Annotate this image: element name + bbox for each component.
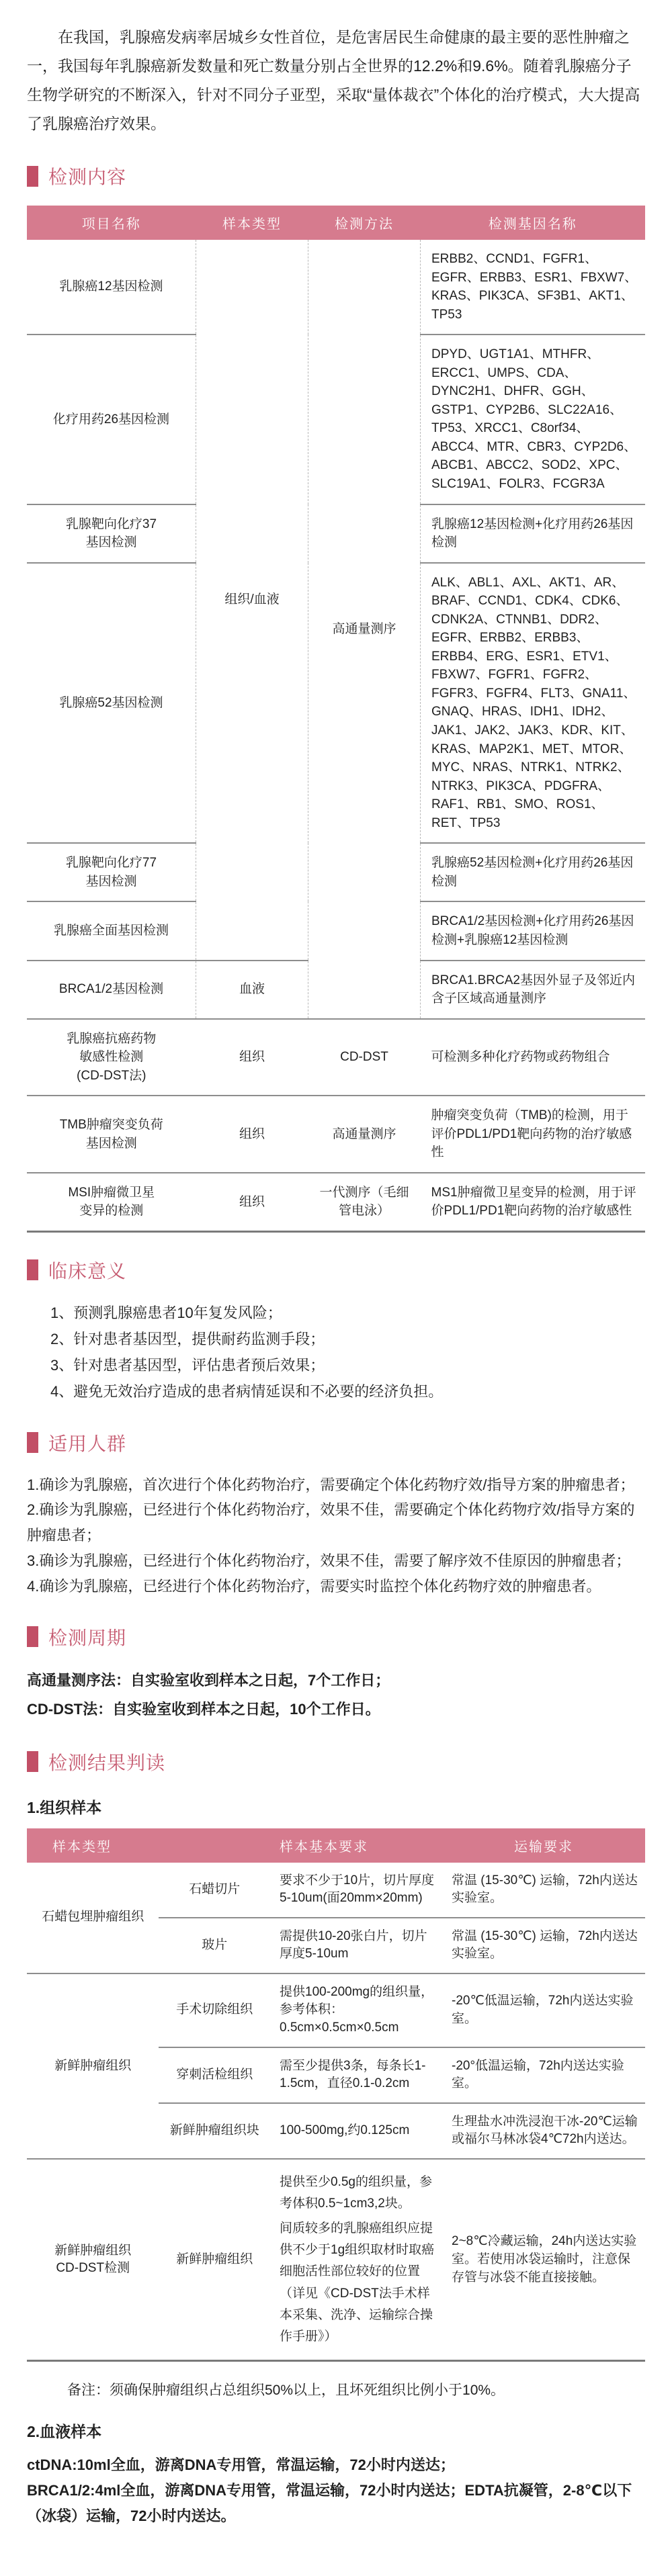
- population-item: 1.确诊为乳腺癌，首次进行个体化药物治疗，需要确定个体化药物疗效/指导方案的肿瘤…: [27, 1472, 645, 1498]
- clinical-item: 2、针对患者基因型，提供耐药监测手段；: [50, 1326, 645, 1352]
- section-title-text: 适用人群: [48, 1429, 126, 1456]
- requirement-cell: 需至少提供3条，每条长1-1.5cm，直径0.1-0.2cm: [270, 2047, 442, 2103]
- project-name-cell: 乳腺靶向化疗37 基因检测: [27, 504, 196, 563]
- subtype-cell: 新鲜肿瘤组织块: [159, 2103, 270, 2159]
- section-bullet-icon: [27, 1626, 38, 1647]
- transport-cell: -20℃低温运输，72h内送达实验室。: [442, 1973, 645, 2047]
- column-header: 检测基因名称: [421, 206, 646, 240]
- genes-cell: 可检测多种化疗药物或药物组合: [421, 1019, 646, 1096]
- intro-paragraph: 在我国，乳腺癌发病率居城乡女性首位，是危害居民生命健康的最主要的恶性肿瘤之一，我…: [27, 23, 645, 138]
- tissue-table: 样本类型 样本基本要求 运输要求 石蜡包埋肿瘤组织 石蜡切片 要求不少于10片，…: [27, 1828, 645, 2362]
- method-cell: CD-DST: [308, 1019, 421, 1096]
- table-row: 石蜡包埋肿瘤组织 石蜡切片 要求不少于10片，切片厚度5-10um(面20mm×…: [27, 1863, 645, 1918]
- project-name-cell: 乳腺靶向化疗77 基因检测: [27, 843, 196, 901]
- subtype-cell: 手术切除组织: [159, 1973, 270, 2047]
- genes-cell: ERBB2、CCND1、FGFR1、EGFR、ERBB3、ESR1、FBXW7、…: [421, 240, 646, 335]
- sample-group-cell: 新鲜肿瘤组织 CD-DST检测: [27, 2159, 159, 2361]
- transport-cell: 常温 (15-30℃) 运输，72h内送达实验室。: [442, 1863, 645, 1918]
- cycle-item: 高通量测序法：自实验室收到样本之日起，7个工作日；: [27, 1667, 645, 1695]
- method-cell: 一代测序（毛细管电泳）: [308, 1173, 421, 1232]
- transport-cell: -20°低温运输，72h内送达实验室。: [442, 2047, 645, 2103]
- genes-cell: DPYD、UGT1A1、MTHFR、ERCC1、UMPS、CDA、DYNC2H1…: [421, 335, 646, 504]
- transport-cell: 常温 (15-30℃) 运输，72h内送达实验室。: [442, 1918, 645, 1973]
- requirement-cell: 提供至少0.5g的组织量，参考体积0.5~1cm3,2块。 间质较多的乳腺癌组织…: [270, 2159, 442, 2361]
- table-row: MSI肿瘤微卫星 变异的检测 组织 一代测序（毛细管电泳） MS1肿瘤微卫星变异…: [27, 1173, 645, 1232]
- table-row: 新鲜肿瘤组织 手术切除组织 提供100-200mg的组织量，参考体积：0.5cm…: [27, 1973, 645, 2047]
- subheading-tissue-sample: 1.组织样本: [27, 1795, 645, 1818]
- section-title-text: 临床意义: [48, 1257, 126, 1284]
- column-header: 项目名称: [27, 206, 196, 240]
- method-cell: 高通量测序: [308, 1096, 421, 1173]
- section-title-detection-cycle: 检测周期: [27, 1624, 645, 1650]
- sample-type-cell: 组织: [196, 1019, 308, 1096]
- project-name-cell: BRCA1/2基因检测: [27, 961, 196, 1019]
- requirement-cell: 需提供10-20张白片，切片厚度5-10um: [270, 1918, 442, 1973]
- gene-table-header-row: 项目名称 样本类型 检测方法 检测基因名称: [27, 206, 645, 240]
- project-name-cell: 乳腺癌全面基因检测: [27, 901, 196, 960]
- tissue-table-header-row: 样本类型 样本基本要求 运输要求: [27, 1828, 645, 1863]
- blood-item: BRCA1/2:4ml全血，游离DNA专用管，常温运输，72小时内送达；EDTA…: [27, 2478, 645, 2529]
- genes-cell: ALK、ABL1、AXL、AKT1、AR、BRAF、CCND1、CDK4、CDK…: [421, 563, 646, 844]
- genes-cell: BRCA1.BRCA2基因外显子及邻近内含子区域高通量测序: [421, 961, 646, 1019]
- genes-cell: 乳腺癌52基因检测+化疗用药26基因检测: [421, 843, 646, 901]
- section-title-text: 检测内容: [48, 163, 126, 189]
- table-row: 乳腺癌12基因检测 组织/血液 高通量测序 ERBB2、CCND1、FGFR1、…: [27, 240, 645, 335]
- table-row: TMB肿瘤突变负荷 基因检测 组织 高通量测序 肿瘤突变负荷（TMB)的检测，用…: [27, 1096, 645, 1173]
- population-item: 4.确诊为乳腺癌，已经进行个体化药物治疗，需要实时监控个体化药物疗效的肿瘤患者。: [27, 1574, 645, 1599]
- clinical-item: 4、避免无效治疗造成的患者病情延误和不必要的经济负担。: [50, 1378, 645, 1405]
- section-title-result-interpretation: 检测结果判读: [27, 1748, 645, 1775]
- column-header: 样本类型: [196, 206, 308, 240]
- table-note: 备注：须确保肿瘤组织占总组织50%以上，且坏死组织比例小于10%。: [67, 2379, 645, 2399]
- section-bullet-icon: [27, 1259, 38, 1280]
- genes-cell: BRCA1/2基因检测+化疗用药26基因检测+乳腺癌12基因检测: [421, 901, 646, 960]
- project-name-cell: TMB肿瘤突变负荷 基因检测: [27, 1096, 196, 1173]
- sample-type-cell: 血液: [196, 961, 308, 1019]
- transport-cell: 生理盐水冲洗浸泡干冰-20℃运输或福尔马林冰袋4℃72h内送达。: [442, 2103, 645, 2159]
- section-title-clinical-significance: 临床意义: [27, 1257, 645, 1284]
- section-title-applicable-population: 适用人群: [27, 1429, 645, 1456]
- population-item: 3.确诊为乳腺癌，已经进行个体化药物治疗，效果不佳，需要了解序效不佳原因的肿瘤患…: [27, 1548, 645, 1574]
- subtype-cell: 穿刺活检组织: [159, 2047, 270, 2103]
- requirement-cell: 要求不少于10片，切片厚度5-10um(面20mm×20mm): [270, 1863, 442, 1918]
- subtype-cell: 玻片: [159, 1918, 270, 1973]
- clinical-item: 1、预测乳腺癌患者10年复发风险；: [50, 1300, 645, 1326]
- sample-type-cell: 组织: [196, 1173, 308, 1232]
- subheading-blood-sample: 2.血液样本: [27, 2419, 645, 2442]
- project-name-cell: 乳腺癌52基因检测: [27, 563, 196, 844]
- table-row: 新鲜肿瘤组织 CD-DST检测 新鲜肿瘤组织 提供至少0.5g的组织量，参考体积…: [27, 2159, 645, 2361]
- sample-type-cell: 组织/血液: [196, 240, 308, 961]
- sample-group-cell: 石蜡包埋肿瘤组织: [27, 1863, 159, 1973]
- column-header: 检测方法: [308, 206, 421, 240]
- gene-table: 项目名称 样本类型 检测方法 检测基因名称 乳腺癌12基因检测 组织/血液 高通…: [27, 206, 645, 1233]
- blood-item: ctDNA:10ml全血，游离DNA专用管，常温运输，72小时内送达；: [27, 2452, 645, 2478]
- requirement-line: 提供至少0.5g的组织量，参考体积0.5~1cm3,2块。: [280, 2172, 437, 2215]
- transport-cell: 2~8℃冷藏运输，24h内送达实验室。若使用冰袋运输时，注意保存管与冰袋不能直接…: [442, 2159, 645, 2361]
- section-bullet-icon: [27, 1432, 38, 1453]
- project-name-cell: 化疗用药26基因检测: [27, 335, 196, 504]
- subtype-cell: 新鲜肿瘤组织: [159, 2159, 270, 2361]
- requirement-cell: 100-500mg,约0.125cm: [270, 2103, 442, 2159]
- genes-cell: MS1肿瘤微卫星变异的检测，用于评价PDL1/PD1靶向药物的治疗敏感性: [421, 1173, 646, 1232]
- section-title-text: 检测周期: [48, 1624, 126, 1650]
- project-name-cell: MSI肿瘤微卫星 变异的检测: [27, 1173, 196, 1232]
- document-page: 在我国，乳腺癌发病率居城乡女性首位，是危害居民生命健康的最主要的恶性肿瘤之一，我…: [0, 0, 672, 2576]
- clinical-item: 3、针对患者基因型，评估患者预后效果；: [50, 1352, 645, 1378]
- column-header: 样本类型: [27, 1828, 270, 1863]
- project-name-cell: 乳腺癌12基因检测: [27, 240, 196, 335]
- population-item: 2.确诊为乳腺癌，已经进行个体化药物治疗，效果不佳，需要确定个体化药物疗效/指导…: [27, 1497, 645, 1548]
- section-bullet-icon: [27, 166, 38, 187]
- section-title-text: 检测结果判读: [48, 1748, 165, 1775]
- requirement-line: 间质较多的乳腺癌组织应提供不少于1g组织取材时取癌细胞活性部位较好的位置（详见《…: [280, 2218, 437, 2348]
- cycle-item: CD-DST法：自实验室收到样本之日起，10个工作日。: [27, 1695, 645, 1724]
- section-bullet-icon: [27, 1751, 38, 1772]
- method-cell: 高通量测序: [308, 240, 421, 1019]
- column-header: 样本基本要求: [270, 1828, 442, 1863]
- requirement-cell: 提供100-200mg的组织量，参考体积：0.5cm×0.5cm×0.5cm: [270, 1973, 442, 2047]
- subtype-cell: 石蜡切片: [159, 1863, 270, 1918]
- genes-cell: 乳腺癌12基因检测+化疗用药26基因检测: [421, 504, 646, 563]
- sample-group-cell: 新鲜肿瘤组织: [27, 1973, 159, 2159]
- project-name-cell: 乳腺癌抗癌药物 敏感性检测 (CD-DST法): [27, 1019, 196, 1096]
- column-header: 运输要求: [442, 1828, 645, 1863]
- section-title-detection-content: 检测内容: [27, 163, 645, 189]
- genes-cell: 肿瘤突变负荷（TMB)的检测，用于评价PDL1/PD1靶向药物的治疗敏感性: [421, 1096, 646, 1173]
- table-row: 乳腺癌抗癌药物 敏感性检测 (CD-DST法) 组织 CD-DST 可检测多种化…: [27, 1019, 645, 1096]
- sample-type-cell: 组织: [196, 1096, 308, 1173]
